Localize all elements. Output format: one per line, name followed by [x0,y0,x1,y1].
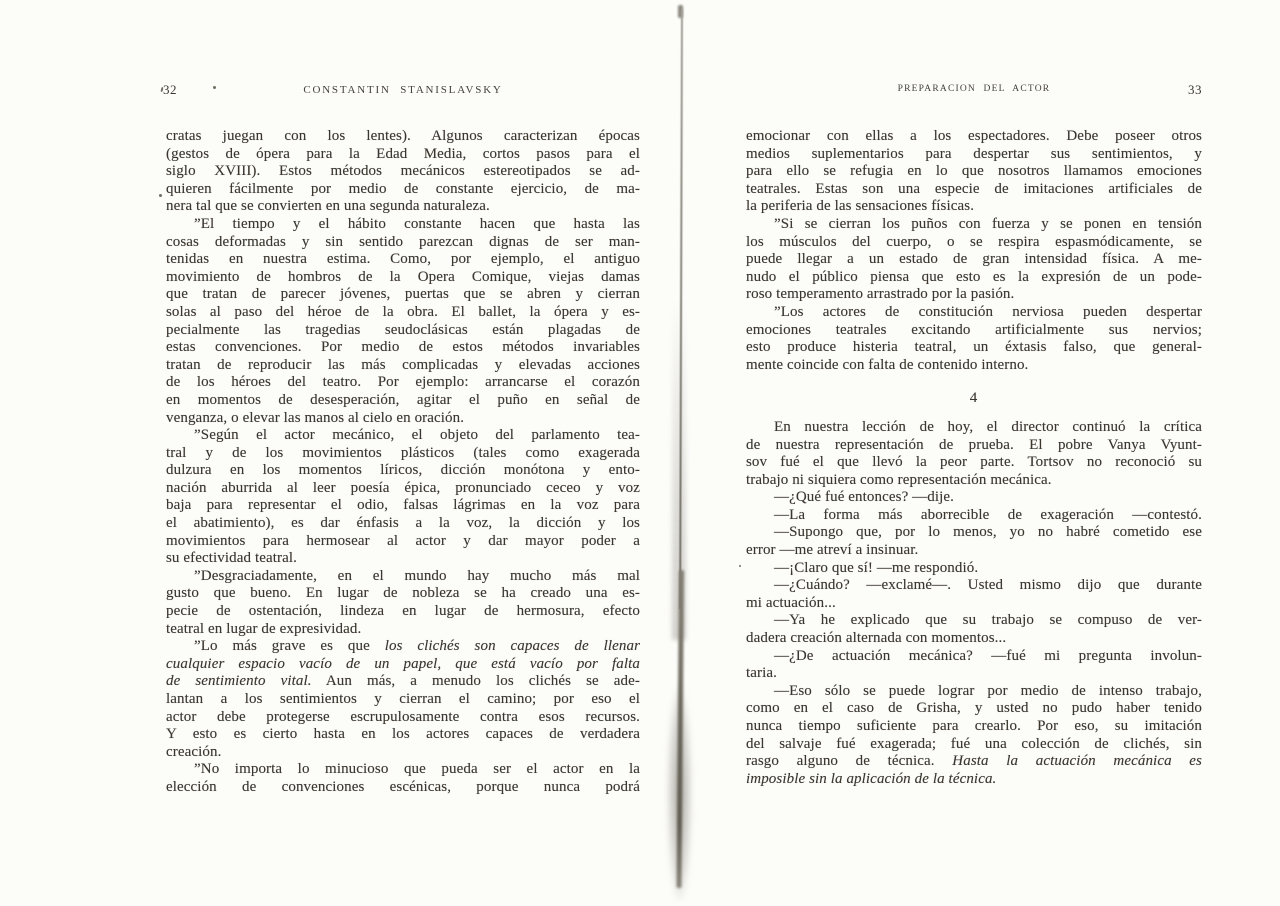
left-page-number: 32 [163,82,177,98]
text-line: Y esto es cierto hasta en los actores ca… [166,726,640,744]
text-line: quieren fácilmente por medio de constant… [166,181,640,199]
text-line: tral y de los movimientos plásticos (tal… [166,445,640,463]
text-line: movimientos para hermosear al actor y da… [166,533,640,551]
text-line: cratas juegan con los lentes). Algunos c… [166,128,640,146]
paragraph: ”Desgraciadamente, en el mundo hay mucho… [166,568,640,638]
text-line: sov fué el que llevó la peor parte. Tort… [746,454,1202,472]
text-line: para ello se refugia en lo que nosotros … [746,163,1202,181]
text-line: (gestos de ópera para la Edad Media, cor… [166,146,640,164]
text-line: —¿De actuación mecánica? —fué mi pregunt… [746,648,1202,666]
text-line: cosas deformadas y sin sentido parezcan … [166,234,640,252]
right-running-title: PREPARACION DEL ACTOR [746,84,1202,94]
text-line: pecie de ostentación, lindeza en lugar d… [166,603,640,621]
text-line: dulzura en los momentos líricos, dicción… [166,462,640,480]
right-page-number: 33 [1188,82,1202,98]
italic-text: cualquier espacio vacío de un papel, que… [166,656,640,672]
italic-text: de sentimiento vital. [166,673,312,689]
scan-speck [159,194,162,197]
left-page: 32 CONSTANTIN STANISLAVSKY cratas juegan… [166,84,640,797]
scan-speck [213,86,216,89]
text-line: ”No importa lo minucioso que pueda ser e… [166,761,640,779]
text-line: teatral en lugar de expresividad. [166,621,640,639]
text-line: dadera creación alternada con momentos..… [746,630,1202,648]
text-line: nera tal que se convierten en una segund… [166,198,640,216]
section-number: 4 [746,390,1202,408]
text-line: pecialmente las tragedias seudoclásicas … [166,322,640,340]
right-page-body: emocionar con ellas a los espectadores. … [746,128,1202,788]
text-line: mente coincide con falta de contenido in… [746,357,1202,375]
text-line: mi actuación... [746,595,1202,613]
paragraph: ”Los actores de constitución nerviosa pu… [746,304,1202,374]
text-line: creación. [166,744,640,762]
italic-text: Hasta la actuación mecánica es [952,753,1202,769]
text-line: nación aburrida al leer poesía épica, pr… [166,480,640,498]
text-line: cualquier espacio vacío de un papel, que… [166,656,640,674]
paragraph: ”No importa lo minucioso que pueda ser e… [166,761,640,796]
text-line: En nuestra lección de hoy, el director c… [746,419,1202,437]
paragraph: emocionar con ellas a los espectadores. … [746,128,1202,216]
text-line: actor debe protegerse escrupulosamente c… [166,709,640,727]
text-line: el abatimiento), es dar énfasis a la voz… [166,515,640,533]
paragraph: cratas juegan con los lentes). Algunos c… [166,128,640,216]
paragraph: —¿Qué fué entonces? —dije. [746,489,1202,507]
text-line: baja para representar el odio, falsas lá… [166,497,640,515]
text-line: siglo XVIII). Estos métodos mecánicos es… [166,163,640,181]
text-line: nudo el público piensa que esto es la ex… [746,269,1202,287]
text-line: lantan a los sentimientos y cierran el c… [166,691,640,709]
text-line: taria. [746,665,1202,683]
paragraph: ”Si se cierran los puños con fuerza y se… [746,216,1202,304]
text-line: venganza, o elevar las manos al cielo en… [166,410,640,428]
text-line: elección de convenciones escénicas, porq… [166,779,640,797]
text-line: —Eso sólo se puede lograr por medio de i… [746,683,1202,701]
scan-speck [739,565,741,567]
italic-text: los clichés son capaces de llenar [385,638,640,654]
text-line: como en el caso de Grisha, y usted no pu… [746,700,1202,718]
text-line: la periferia de las sensaciones físicas. [746,198,1202,216]
text-line: de nuestra representación de prueba. El … [746,437,1202,455]
text-line: emocionar con ellas a los espectadores. … [746,128,1202,146]
text-line: tenidas en nuestra estima. Como, por eje… [166,251,640,269]
text-line: teatrales. Estas son una especie de imit… [746,181,1202,199]
text-line: ”Los actores de constitución nerviosa pu… [746,304,1202,322]
text-line: ”El tiempo y el hábito constante hacen q… [166,216,640,234]
left-page-body: cratas juegan con los lentes). Algunos c… [166,128,640,797]
text-line: —Supongo que, por lo menos, yo no habré … [746,524,1202,542]
text-line: rasgo alguno de técnica. Hasta la actuac… [746,753,1202,771]
text-line: gusto que bueno. En lugar de nobleza se … [166,585,640,603]
paragraph: —¿De actuación mecánica? —fué mi pregunt… [746,648,1202,683]
paragraph: ”Según el actor mecánico, el objeto del … [166,427,640,568]
text-line: que tratan de parecer jóvenes, puertas q… [166,286,640,304]
text-line: tratan de reproducir las más complicadas… [166,357,640,375]
text-line: ”Según el actor mecánico, el objeto del … [166,427,640,445]
text-line: solas al paso del héroe de la obra. El b… [166,304,640,322]
text-line: su efectividad teatral. [166,550,640,568]
right-page: PREPARACION DEL ACTOR 33 emocionar con e… [746,84,1202,788]
paragraph: —¡Claro que sí! —me respondió. [746,560,1202,578]
paragraph: En nuestra lección de hoy, el director c… [746,419,1202,489]
text-line: trabajo ni siquiera como representación … [746,472,1202,490]
text-line: puede llegar a un estado de gran intensi… [746,251,1202,269]
text-line: estas convenciones. Por medio de estos m… [166,339,640,357]
text-line: ”Lo más grave es que los clichés son cap… [166,638,640,656]
paragraph: ”El tiempo y el hábito constante hacen q… [166,216,640,427]
text-line: del salvaje fué exagerada; fué una colec… [746,736,1202,754]
text-line: —Ya he explicado que su trabajo se compu… [746,612,1202,630]
text-line: ”Si se cierran los puños con fuerza y se… [746,216,1202,234]
text-line: error —me atreví a insinuar. [746,542,1202,560]
paragraph: —Ya he explicado que su trabajo se compu… [746,612,1202,647]
text-line: roso temperamento arrastrado por la pasi… [746,286,1202,304]
text-line: ”Desgraciadamente, en el mundo hay mucho… [166,568,640,586]
text-line: en momentos de desesperación, agitar el … [166,392,640,410]
text-line: imposible sin la aplicación de la técnic… [746,771,1202,789]
text-line: medios suplementarios para despertar sus… [746,146,1202,164]
book-spread-scan: 32 CONSTANTIN STANISLAVSKY cratas juegan… [0,0,1280,906]
right-running-head: PREPARACION DEL ACTOR 33 [746,84,1202,99]
text-line: —¡Claro que sí! —me respondió. [746,560,1202,578]
text-line: los músculos del cuerpo, o se respira es… [746,234,1202,252]
text-line: esto produce histeria teatral, un éxtasi… [746,339,1202,357]
left-running-head: 32 CONSTANTIN STANISLAVSKY [166,84,640,99]
paragraph: —Eso sólo se puede lograr por medio de i… [746,683,1202,789]
text-line: emociones teatrales excitando artificial… [746,322,1202,340]
italic-text: imposible sin la aplicación de la técnic… [746,771,996,787]
text-line: movimiento de hombros de la Opera Comiqu… [166,269,640,287]
paragraph: —¿Cuándo? —exclamé—. Usted mismo dijo qu… [746,577,1202,612]
paragraph: —Supongo que, por lo menos, yo no habré … [746,524,1202,559]
paragraph: —La forma más aborrecible de exageración… [746,507,1202,525]
text-line: —La forma más aborrecible de exageración… [746,507,1202,525]
paragraph: ”Lo más grave es que los clichés son cap… [166,638,640,761]
gutter-fold-shadow [664,620,694,900]
text-line: nunca tiempo suficiente para crearlo. Po… [746,718,1202,736]
text-line: de sentimiento vital. Aun más, a menudo … [166,673,640,691]
text-line: —¿Qué fué entonces? —dije. [746,489,1202,507]
text-line: de los héroes del teatro. Por ejemplo: a… [166,374,640,392]
text-line: —¿Cuándo? —exclamé—. Usted mismo dijo qu… [746,577,1202,595]
left-running-title: CONSTANTIN STANISLAVSKY [166,84,640,96]
